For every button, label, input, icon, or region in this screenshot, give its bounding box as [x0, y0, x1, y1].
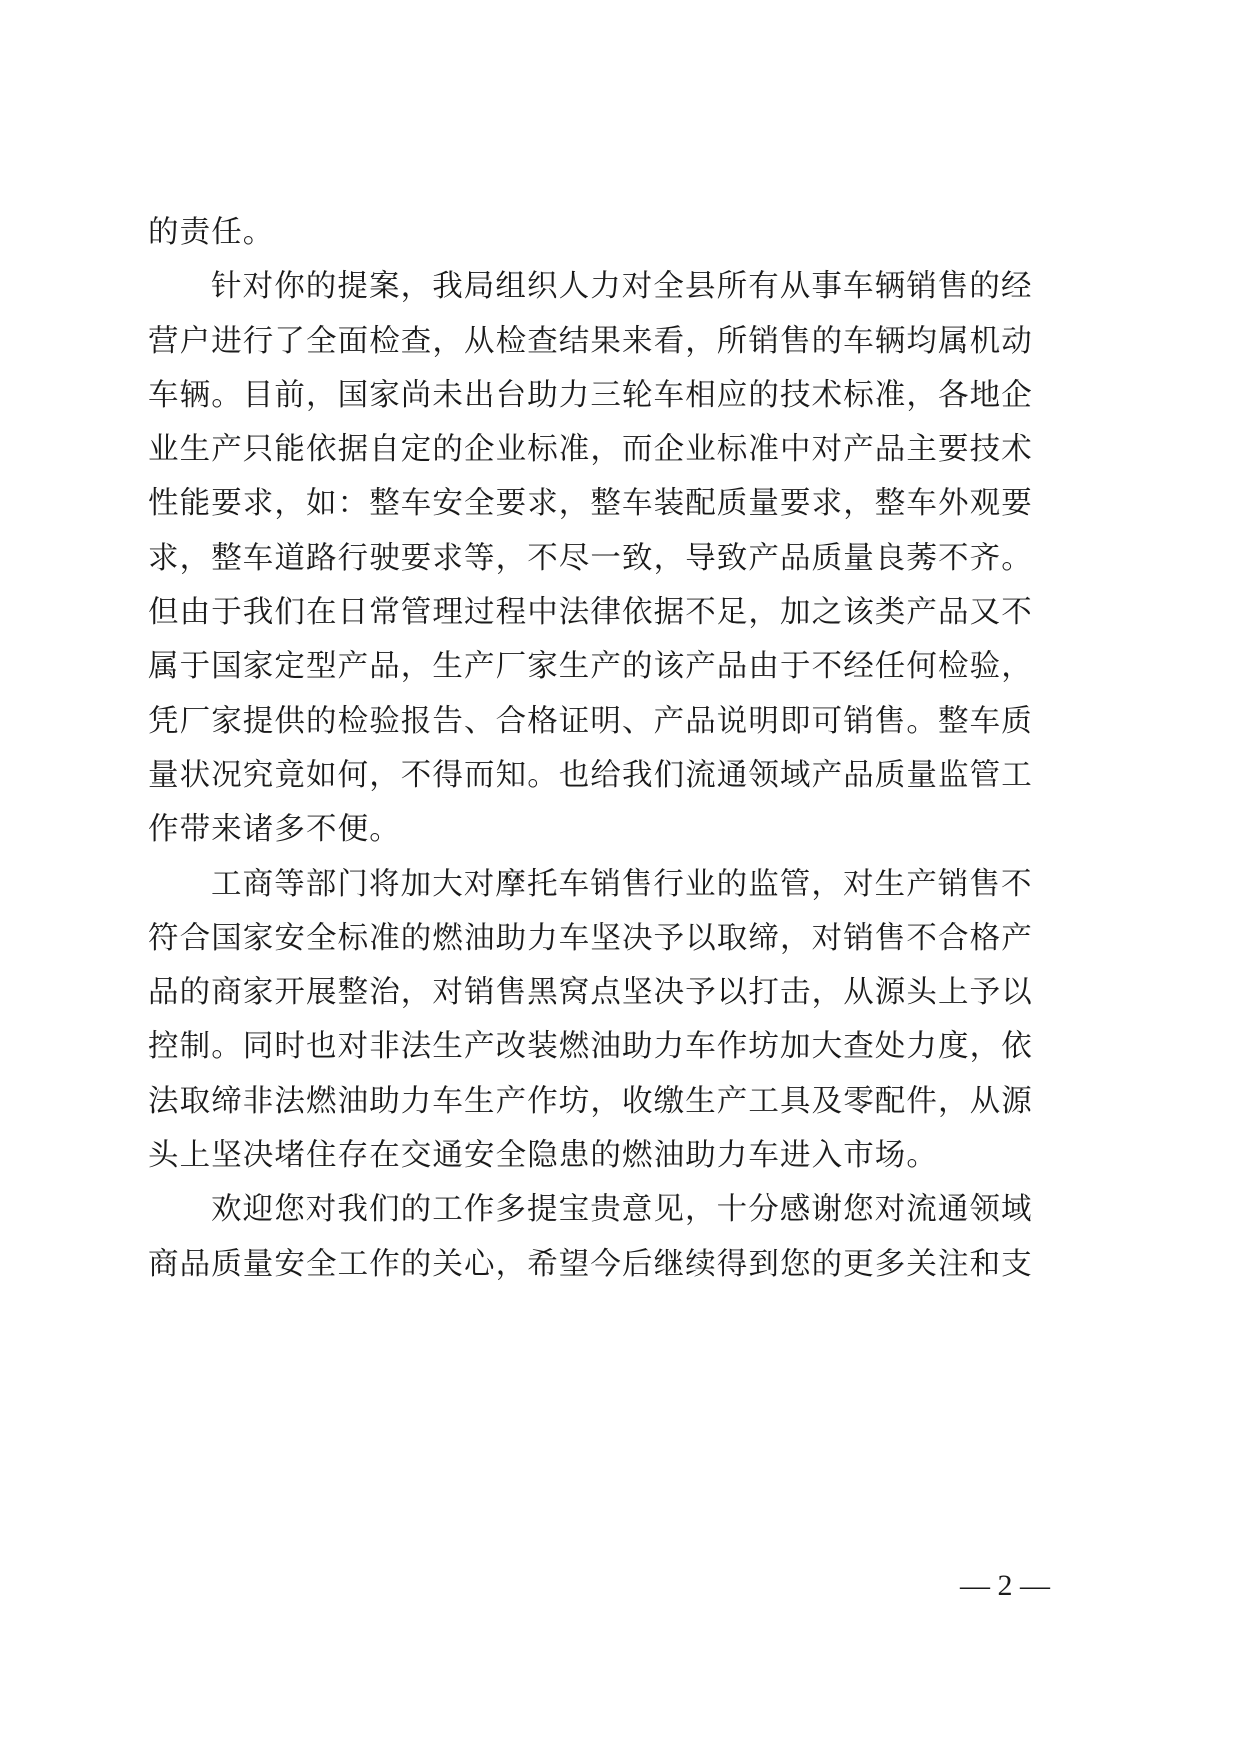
- text-line: 控制。同时也对非法生产改装燃油助力车作坊加大查处力度，依: [148, 1020, 972, 1074]
- page-number: — 2 —: [960, 1566, 1080, 1606]
- text-line: 营户进行了全面检查，从检查结果来看，所销售的车辆均属机动: [148, 315, 972, 369]
- text-line: 但由于我们在日常管理过程中法律依据不足，加之该类产品又不: [148, 586, 972, 640]
- paragraph-enforcement-measures: 工商等部门将加大对摩托车销售行业的监管，对生产销售不 符合国家安全标准的燃油助力…: [148, 858, 972, 1184]
- text-line: 车辆。目前，国家尚未出台助力三轮车相应的技术标准，各地企: [148, 369, 972, 423]
- text-line: 凭厂家提供的检验报告、合格证明、产品说明即可销售。整车质: [148, 695, 972, 749]
- text-line: 符合国家安全标准的燃油助力车坚决予以取缔，对销售不合格产: [148, 912, 972, 966]
- text-line: 的责任。: [148, 206, 972, 260]
- text-line: 针对你的提案，我局组织人力对全县所有从事车辆销售的经: [148, 260, 972, 314]
- text-line: 求，整车道路行驶要求等，不尽一致，导致产品质量良莠不齐。: [148, 532, 972, 586]
- document-body: 的责任。 针对你的提案，我局组织人力对全县所有从事车辆销售的经 营户进行了全面检…: [148, 206, 972, 1292]
- text-line: 欢迎您对我们的工作多提宝贵意见，十分感谢您对流通领域: [148, 1183, 972, 1237]
- text-line: 品的商家开展整治，对销售黑窝点坚决予以打击，从源头上予以: [148, 966, 972, 1020]
- text-line: 头上坚决堵住存在交通安全隐患的燃油助力车进入市场。: [148, 1129, 972, 1183]
- text-line: 工商等部门将加大对摩托车销售行业的监管，对生产销售不: [148, 858, 972, 912]
- document-page: 的责任。 针对你的提案，我局组织人力对全县所有从事车辆销售的经 营户进行了全面检…: [0, 0, 1240, 1755]
- text-line: 性能要求，如：整车安全要求，整车装配质量要求，整车外观要: [148, 477, 972, 531]
- text-line: 作带来诸多不便。: [148, 803, 972, 857]
- text-line: 商品质量安全工作的关心，希望今后继续得到您的更多关注和支: [148, 1238, 972, 1292]
- text-line: 业生产只能依据自定的企业标准，而企业标准中对产品主要技术: [148, 423, 972, 477]
- text-line: 法取缔非法燃油助力车生产作坊，收缴生产工具及零配件，从源: [148, 1075, 972, 1129]
- paragraph-closing-thanks: 欢迎您对我们的工作多提宝贵意见，十分感谢您对流通领域 商品质量安全工作的关心，希…: [148, 1183, 972, 1292]
- paragraph-inspection-findings: 针对你的提案，我局组织人力对全县所有从事车辆销售的经 营户进行了全面检查，从检查…: [148, 260, 972, 857]
- text-line: 量状况究竟如何，不得而知。也给我们流通领域产品质量监管工: [148, 749, 972, 803]
- paragraph-continuation: 的责任。: [148, 206, 972, 260]
- text-line: 属于国家定型产品，生产厂家生产的该产品由于不经任何检验，: [148, 640, 972, 694]
